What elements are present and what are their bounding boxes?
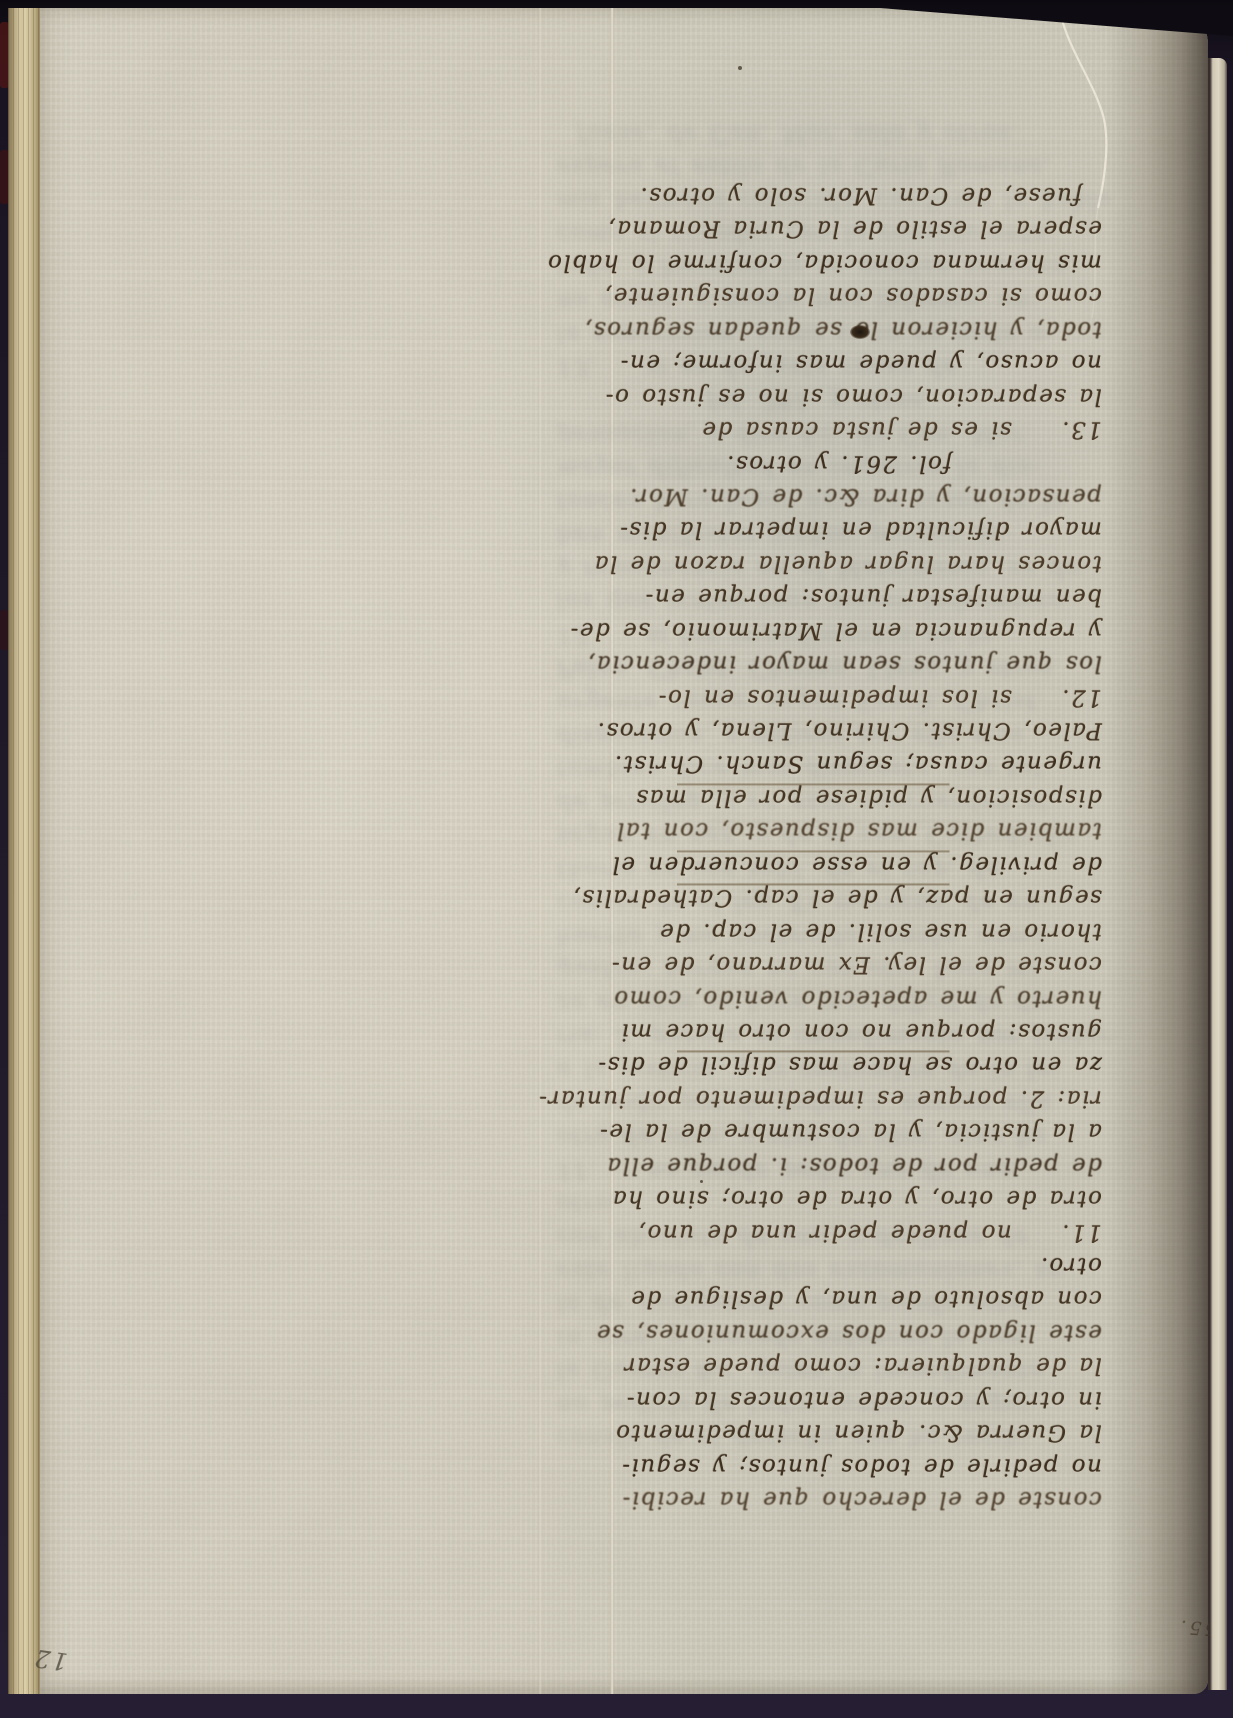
manuscript-line: de pedir por de todos: i. porque ella (557, 1148, 1102, 1181)
manuscript-line: Paleo, Christ. Chirino, Llena, y otros. (557, 713, 1102, 746)
manuscript-line: ria: 2. porque es impedimento por juntar… (557, 1081, 1102, 1114)
manuscript-line: conste de el ley. Ex marrano, de en- (557, 947, 1102, 980)
leaf-edge (1208, 58, 1227, 1690)
manuscript-line: la separacion, como si no es justo o- (557, 379, 1102, 412)
manuscript-line: segun en paz, y de el cap. Cathedralis, (557, 880, 1102, 913)
manuscript-line: mis hermana conocida, confirme lo hablo (557, 245, 1102, 278)
ink-speck (700, 1180, 703, 1183)
manuscript-line: disposicion, y pidiese por ella mas (557, 780, 1102, 813)
manuscript-line: no acuso, y puede mas informe; en- (557, 345, 1102, 378)
gutter-shadow (1106, 8, 1208, 1694)
manuscript-line: 13. si es de justa causa de (557, 412, 1102, 445)
book-fore-edge (8, 8, 40, 1694)
manuscript-line: za en otro se hace mas dificil de dis- (557, 1047, 1102, 1080)
manuscript-line: otro. (557, 1248, 1102, 1281)
manuscript-line: de privileg. y en esse concuerden el (557, 847, 1102, 880)
manuscript-line: thorio en use solil. de el cap. de (557, 914, 1102, 947)
manuscript-line: y repugnancia en el Matrimonio, se de- (557, 613, 1102, 646)
scan-background: fuese, de Can. Mor. solo y otros.espera … (0, 0, 1233, 1718)
ink-speck (738, 66, 742, 70)
manuscript-line: toda, y hicieron lo se quedan seguros, (557, 312, 1102, 345)
manuscript-line: huerto y me apetecido venido, como (557, 981, 1102, 1014)
manuscript-line: conste de el derecho que ha recibi- (557, 1482, 1102, 1515)
manuscript-line: fol. 261. y otros. (557, 446, 1102, 479)
manuscript-line: mayor dificultad en impetrar la dis- (557, 512, 1102, 545)
manuscript-line: fuese, de Can. Mor. solo y otros. (557, 178, 1102, 211)
manuscript-line: gustos: porque no con otro hace mi (557, 1014, 1102, 1047)
manuscript-line: tambien dice mas dispuesto, con tal (557, 813, 1102, 846)
vertical-crease-soft (538, 8, 542, 1694)
manuscript-line: los que juntos sean mayor indecencia, (557, 646, 1102, 679)
manuscript-line: a la justicia, y la costumbre de la le- (557, 1114, 1102, 1147)
manuscript-line: este ligado con dos excomuniones, se (557, 1315, 1102, 1348)
manuscript-line: como si casados con la consiguiente, (557, 278, 1102, 311)
manuscript-line: tonces hara lugar aquella razon de la (557, 546, 1102, 579)
manuscript-line: espera el estilo de la Curia Romana, (557, 211, 1102, 244)
manuscript-line: otra de otro, y otra de otro; sino ha (557, 1181, 1102, 1214)
manuscript-line: fuese, de Can. Mor. solo y otros. (557, 116, 1102, 149)
manuscript-line: in otro; y concede entonces la con- (557, 1382, 1102, 1415)
manuscript-line: 11. no puede pedir una de uno, (557, 1215, 1102, 1248)
manuscript-text-block: fuese, de Can. Mor. solo y otros.espera … (557, 178, 1102, 1516)
manuscript-line: urgente causa; segun Sanch. Christ. (557, 746, 1102, 779)
manuscript-line: 12. si los impedimentos en lo- (557, 680, 1102, 713)
ink-blot (850, 325, 870, 339)
manuscript-page: fuese, de Can. Mor. solo y otros.espera … (40, 8, 1208, 1694)
manuscript-line: con absoluto de una, y desligue de (557, 1281, 1102, 1314)
manuscript-line: no pedirle de todos juntos; y segui- (557, 1449, 1102, 1482)
manuscript-line: la de qualquiera: como puede estar (557, 1348, 1102, 1381)
manuscript-line: la Guerra &c. quien in impedimento (557, 1415, 1102, 1448)
ink-speck (980, 556, 983, 559)
manuscript-line: pensacion, y dira &c. de Can. Mor. (557, 479, 1102, 512)
manuscript-line: ben manifestar juntos: porque en- (557, 579, 1102, 612)
